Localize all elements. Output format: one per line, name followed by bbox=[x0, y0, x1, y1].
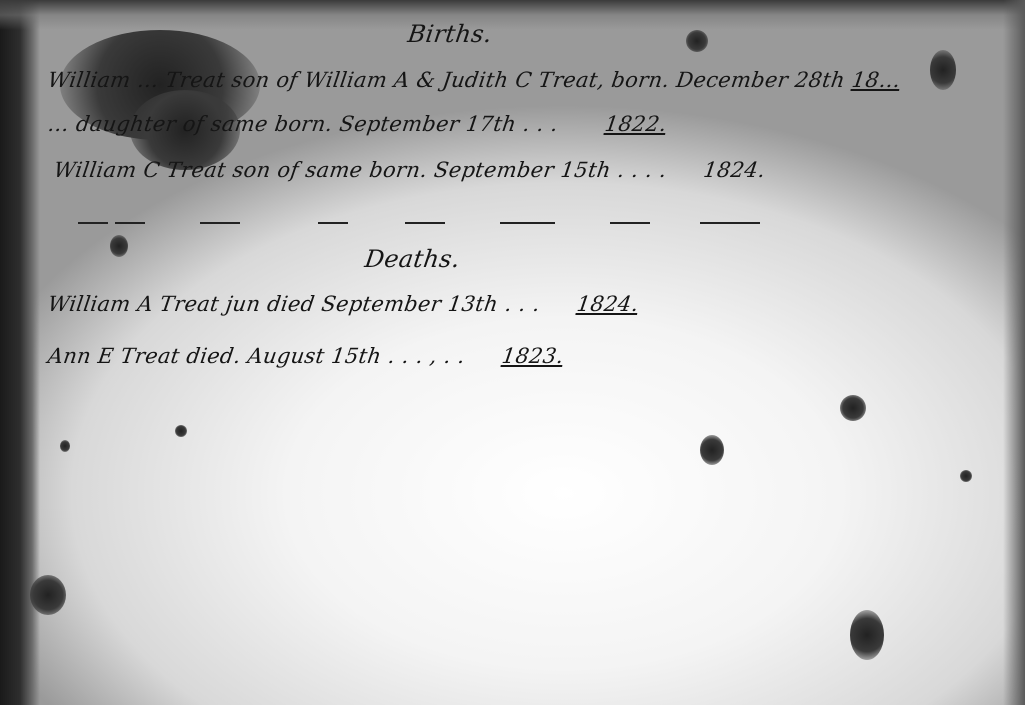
ink-stain bbox=[110, 235, 128, 257]
death-entry-1: William A Treat jun died September 13th … bbox=[46, 292, 640, 316]
ink-stain bbox=[840, 395, 866, 421]
birth-entry-1: William … Treat son of William A & Judit… bbox=[46, 68, 902, 92]
death-entry-year: 1823. bbox=[500, 344, 565, 368]
register-page: Births. William … Treat son of William A… bbox=[0, 0, 1025, 705]
ink-stain bbox=[960, 470, 972, 482]
birth-entry-year: 1824. bbox=[702, 158, 767, 182]
birth-entry-year: 1822. bbox=[603, 112, 668, 136]
death-entry-year: 1824. bbox=[575, 292, 640, 316]
birth-entry-year: 18… bbox=[850, 68, 902, 92]
death-entry-2: Ann E Treat died. August 15th . . . , . … bbox=[46, 344, 565, 368]
birth-entry-2: … daughter of same born. September 17th … bbox=[46, 112, 668, 136]
page-top-shadow bbox=[0, 0, 1025, 30]
death-entry-text: Ann E Treat died. August 15th . . . , . … bbox=[46, 344, 466, 368]
ink-stain bbox=[686, 30, 708, 52]
ink-stain bbox=[175, 425, 187, 437]
page-right-edge bbox=[1003, 0, 1025, 705]
ink-stain bbox=[700, 435, 724, 465]
birth-entry-text: William … Treat son of William A & Judit… bbox=[46, 68, 846, 92]
ink-stain bbox=[930, 50, 956, 90]
birth-entry-3: William C Treat son of same born. Septem… bbox=[52, 158, 767, 182]
births-heading: Births. bbox=[406, 20, 494, 48]
birth-entry-text: … daughter of same born. September 17th … bbox=[46, 112, 559, 136]
ink-stain bbox=[850, 610, 884, 660]
deaths-heading: Deaths. bbox=[363, 245, 462, 273]
ink-stain bbox=[60, 440, 70, 452]
birth-entry-text: William C Treat son of same born. Septem… bbox=[52, 158, 668, 182]
ink-stain bbox=[30, 575, 66, 615]
death-entry-text: William A Treat jun died September 13th … bbox=[46, 292, 541, 316]
